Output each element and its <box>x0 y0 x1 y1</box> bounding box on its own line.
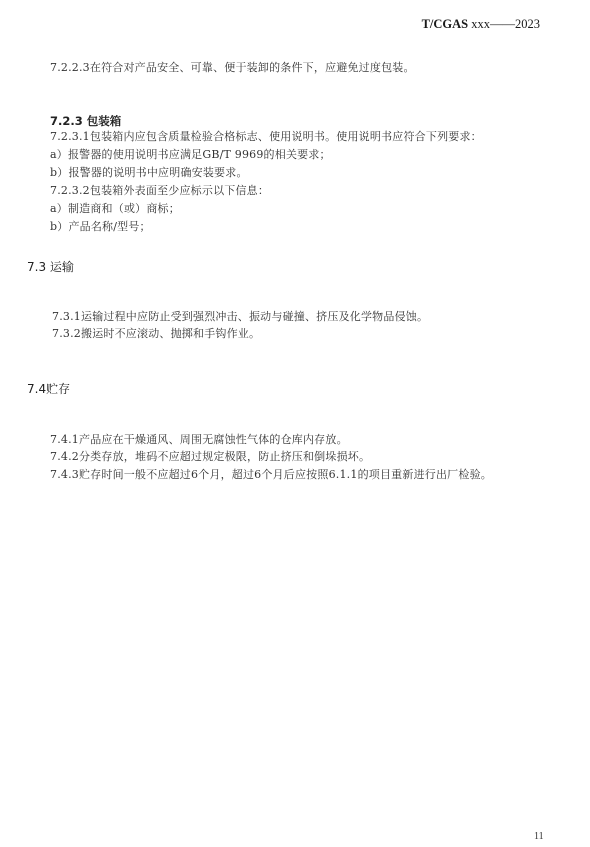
standard-year: xxx——2023 <box>468 17 540 31</box>
clause-7-3-1: 7.3.1运输过程中应防止受到强烈冲击、振动与碰撞、挤压及化学物品侵蚀。 <box>52 310 428 324</box>
page-number: 11 <box>534 831 544 842</box>
clause-7-4-2: 7.4.2分类存放，堆码不应超过规定极限，防止挤压和倒垛损坏。 <box>50 450 370 464</box>
heading-7-3: 7.3 运输 <box>27 258 74 275</box>
standard-code: T/CGAS <box>422 17 469 31</box>
clause-7-4-1: 7.4.1产品应在干燥通风、周围无腐蚀性气体的仓库内存放。 <box>50 433 348 447</box>
clause-7-2-2-3: 7.2.2.3在符合对产品安全、可靠、便于装卸的条件下，应避免过度包装。 <box>50 61 415 75</box>
document-header: T/CGAS xxx——2023 <box>0 17 540 32</box>
clause-7-2-3-2-b: b）产品名称/型号； <box>50 220 151 234</box>
heading-7-2-3: 7.2.3 包装箱 <box>50 113 121 129</box>
clause-7-2-3-1-a: a）报警器的使用说明书应满足GB/T 9969的相关要求； <box>50 148 331 162</box>
clause-7-2-3-1: 7.2.3.1包装箱内应包含质量检验合格标志、使用说明书。使用说明书应符合下列要… <box>50 130 482 144</box>
clause-7-2-3-1-b: b）报警器的说明书中应明确安装要求。 <box>50 166 248 180</box>
clause-7-2-3-2: 7.2.3.2包装箱外表面至少应标示以下信息： <box>50 184 269 198</box>
clause-7-2-3-2-a: a）制造商和（或）商标； <box>50 202 180 216</box>
heading-7-4: 7.4贮存 <box>27 380 70 397</box>
clause-7-3-2: 7.3.2搬运时不应滚动、抛掷和手钩作业。 <box>52 327 260 341</box>
clause-7-4-3: 7.4.3贮存时间一般不应超过6个月，超过6个月后应按照6.1.1的项目重新进行… <box>50 468 492 482</box>
